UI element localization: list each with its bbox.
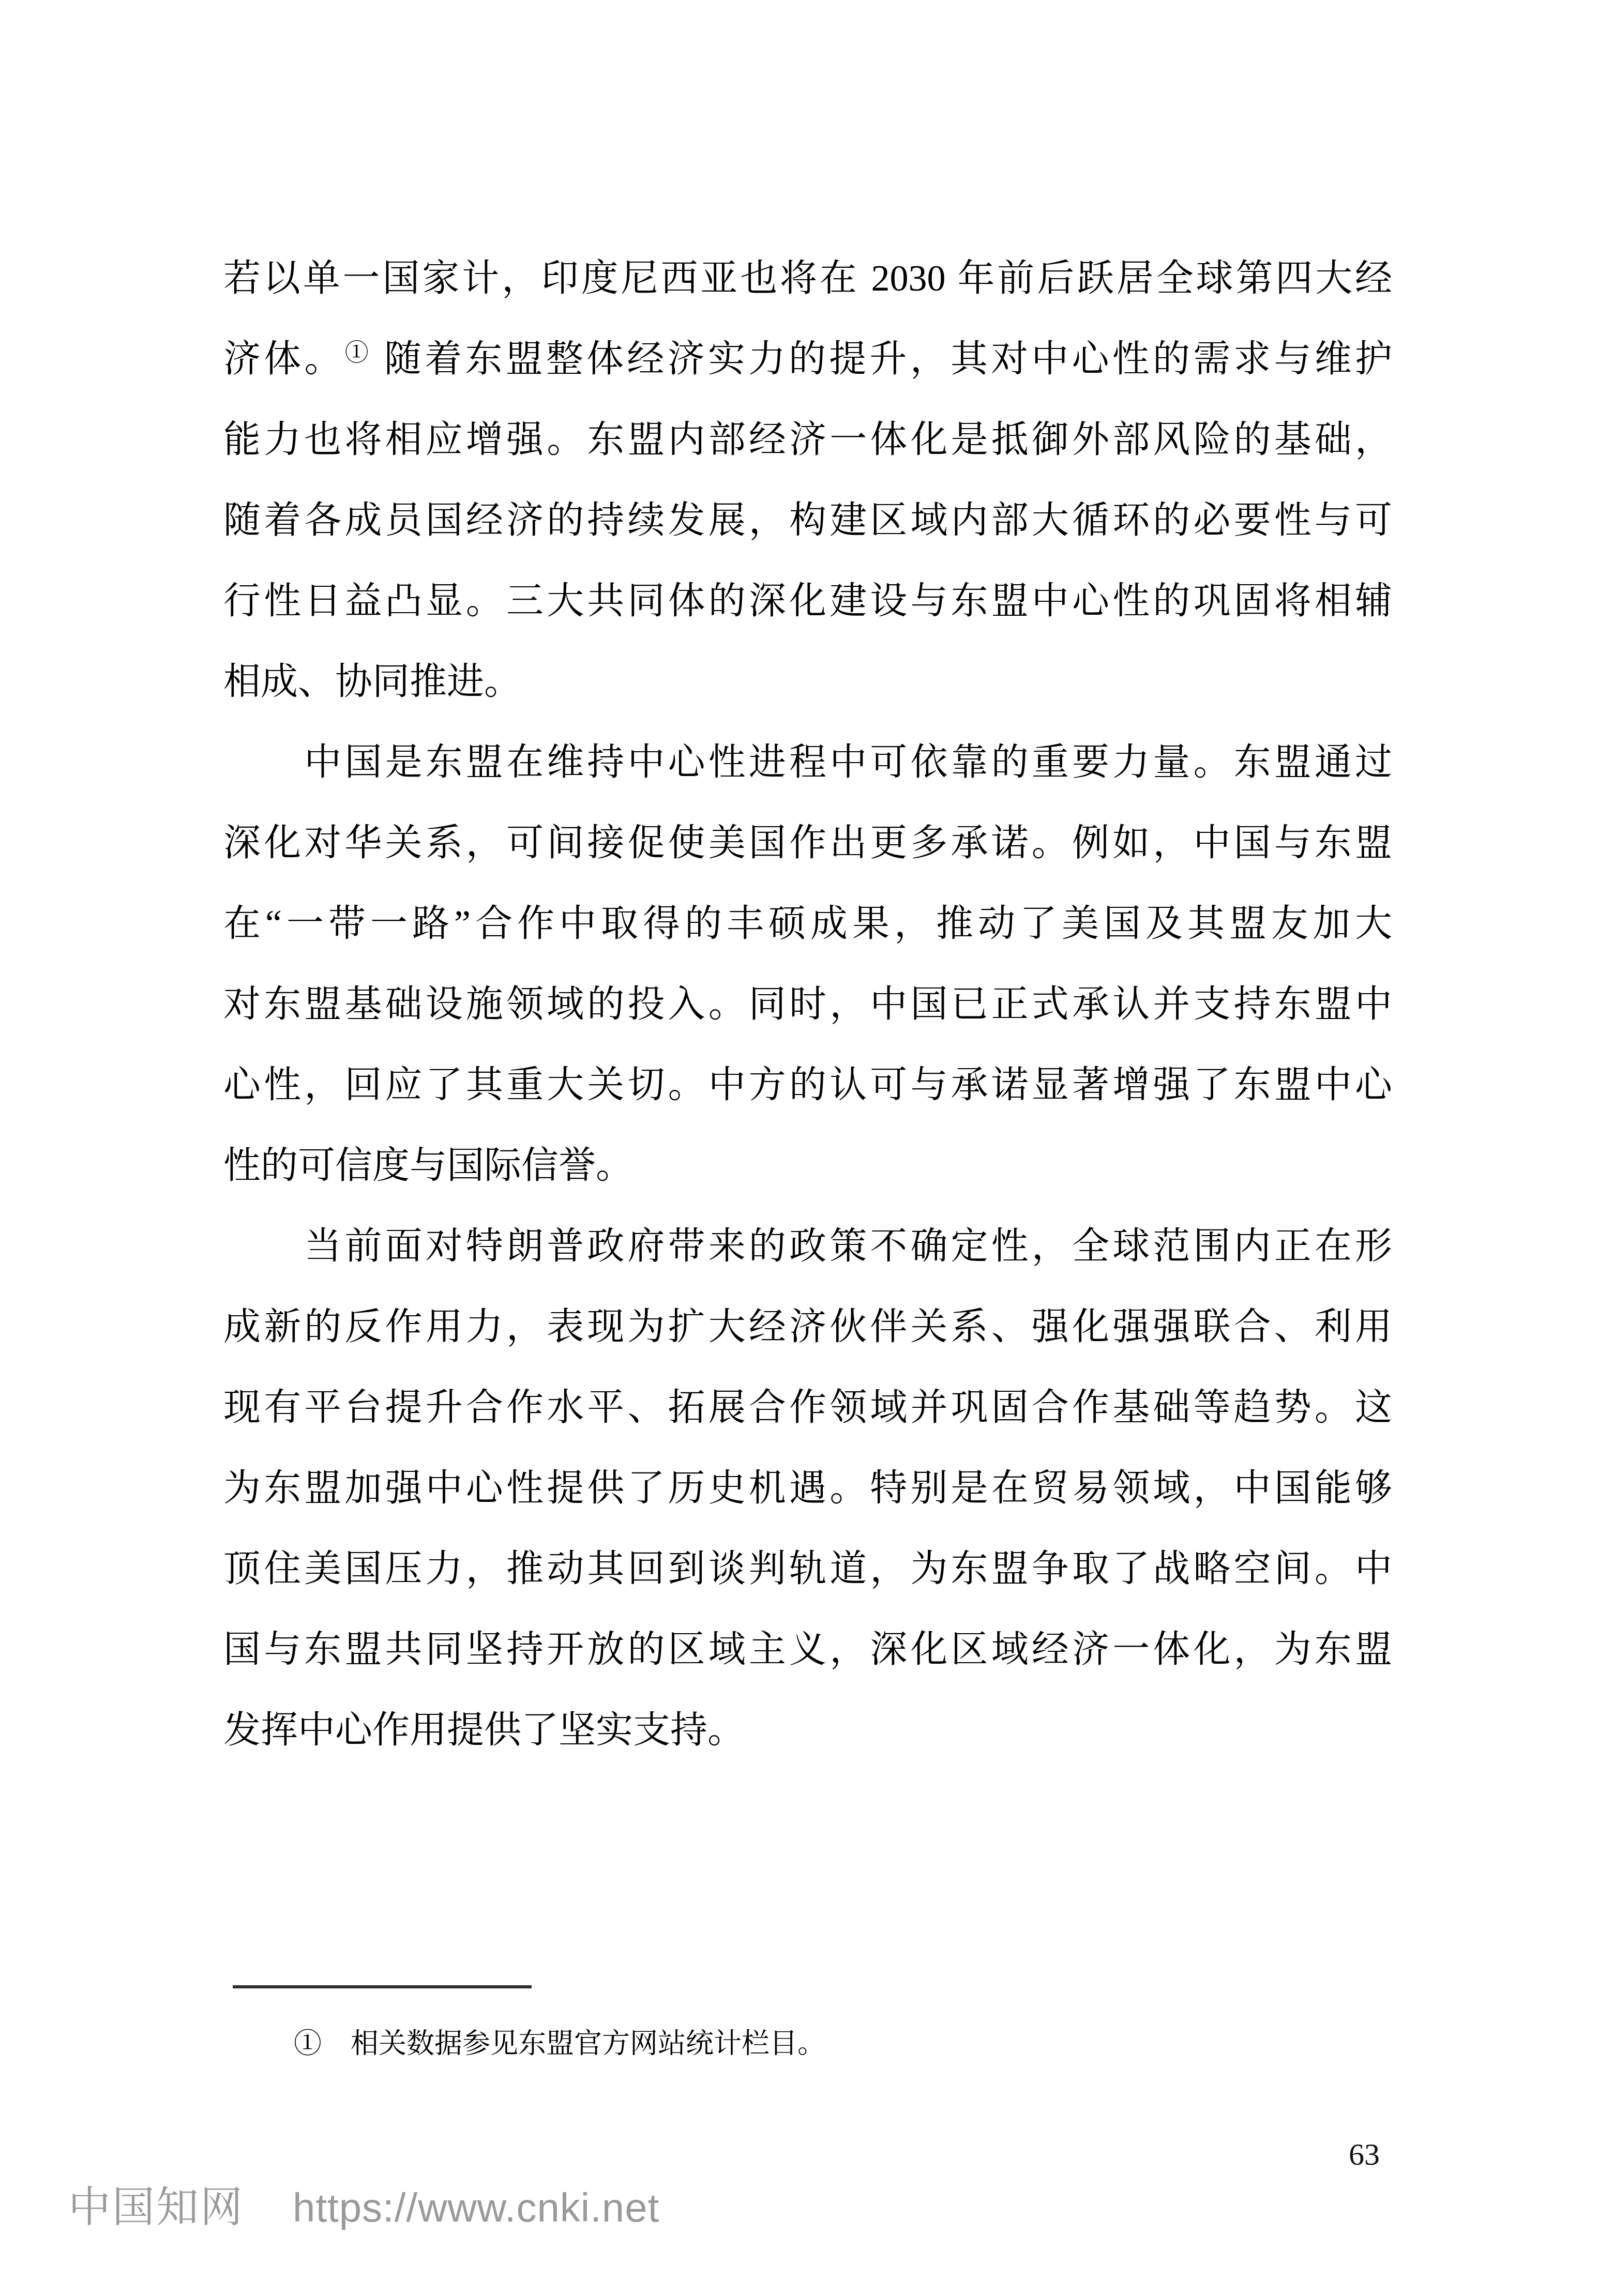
body-line: 国与东盟共同坚持开放的区域主义，深化区域经济一体化，为东盟 (223, 1609, 1392, 1690)
footnote-marker: ① (294, 2028, 322, 2059)
body-line: 为东盟加强中心性提供了历史机遇。特别是在贸易领域，中国能够 (223, 1448, 1392, 1528)
text-segment: 在“一带一路”合作中取得的丰硕成果，推动了美国及其盟友加大 (223, 903, 1392, 944)
text-segment: 成新的反作用力，表现为扩大经济伙伴关系、强化强强联合、利用 (223, 1306, 1392, 1347)
cnki-logo-text: 中国知网 (68, 2183, 244, 2232)
body-line: 顶住美国压力，推动其回到谈判轨道，为东盟争取了战略空间。中 (223, 1528, 1392, 1609)
body-line: 能力也将相应增强。东盟内部经济一体化是抵御外部风险的基础， (223, 399, 1392, 480)
cnki-url: https://www.cnki.net (293, 2183, 659, 2232)
body-line: 济体。① 随着东盟整体经济实力的提升，其对中心性的需求与维护 (223, 318, 1392, 399)
text-segment: 国与东盟共同坚持开放的区域主义，深化区域经济一体化，为东盟 (223, 1629, 1392, 1670)
text-segment: 行性日益凸显。三大共同体的深化建设与东盟中心性的巩固将相辅 (223, 580, 1392, 621)
paragraph: 当前面对特朗普政府带来的政策不确定性，全球范围内正在形成新的反作用力，表现为扩大… (223, 1206, 1392, 1770)
page-number: 63 (1349, 2138, 1380, 2170)
footnote-text: 相关数据参见东盟官方网站统计栏目。 (351, 2028, 825, 2059)
body-line: 对东盟基础设施领域的投入。同时，中国已正式承认并支持东盟中 (223, 964, 1392, 1044)
footnote: ①相关数据参见东盟官方网站统计栏目。 (223, 2023, 1392, 2065)
document-page: 若以单一国家计，印度尼西亚也将在 2030 年前后跃居全球第四大经济体。① 随着… (0, 0, 1613, 2296)
body-line: 心性，回应了其重大关切。中方的认可与承诺显著增强了东盟中心 (223, 1044, 1392, 1125)
body-line: 若以单一国家计，印度尼西亚也将在 2030 年前后跃居全球第四大经 (223, 238, 1392, 318)
body-line: 现有平台提升合作水平、拓展合作领域并巩固合作基础等趋势。这 (223, 1367, 1392, 1448)
cnki-footer: 中国知网 https://www.cnki.net (68, 2183, 659, 2232)
footnote-ref: ① (345, 339, 372, 366)
text-segment: 相成、协同推进。 (223, 661, 521, 702)
text-segment: 心性，回应了其重大关切。中方的认可与承诺显著增强了东盟中心 (223, 1064, 1392, 1105)
body-line: 随着各成员国经济的持续发展，构建区域内部大循环的必要性与可 (223, 480, 1392, 560)
body-line: 发挥中心作用提供了坚实支持。 (223, 1690, 1392, 1770)
body-line: 当前面对特朗普政府带来的政策不确定性，全球范围内正在形 (223, 1206, 1392, 1286)
text-segment: 顶住美国压力，推动其回到谈判轨道，为东盟争取了战略空间。中 (223, 1548, 1392, 1589)
body-line: 成新的反作用力，表现为扩大经济伙伴关系、强化强强联合、利用 (223, 1286, 1392, 1367)
body-text: 若以单一国家计，印度尼西亚也将在 2030 年前后跃居全球第四大经济体。① 随着… (223, 238, 1392, 1770)
text-segment: 当前面对特朗普政府带来的政策不确定性，全球范围内正在形 (223, 1225, 1392, 1267)
text-segment: 能力也将相应增强。东盟内部经济一体化是抵御外部风险的基础， (223, 419, 1392, 460)
paragraph: 若以单一国家计，印度尼西亚也将在 2030 年前后跃居全球第四大经济体。① 随着… (223, 238, 1392, 722)
body-line: 行性日益凸显。三大共同体的深化建设与东盟中心性的巩固将相辅 (223, 560, 1392, 641)
text-segment: 中国是东盟在维持中心性进程中可依靠的重要力量。东盟通过 (223, 741, 1392, 783)
text-segment: 现有平台提升合作水平、拓展合作领域并巩固合作基础等趋势。这 (223, 1387, 1392, 1428)
text-segment: 为东盟加强中心性提供了历史机遇。特别是在贸易领域，中国能够 (223, 1467, 1392, 1509)
text-segment: 济体。 (223, 338, 345, 379)
body-line: 深化对华关系，可间接促使美国作出更多承诺。例如，中国与东盟 (223, 802, 1392, 883)
body-line: 性的可信度与国际信誉。 (223, 1125, 1392, 1206)
text-segment: 发挥中心作用提供了坚实支持。 (223, 1709, 745, 1751)
text-segment: 随着东盟整体经济实力的提升，其对中心性的需求与维护 (372, 338, 1392, 379)
text-segment: 若以单一国家计，印度尼西亚也将在 2030 年前后跃居全球第四大经 (223, 257, 1392, 299)
text-segment: 随着各成员国经济的持续发展，构建区域内部大循环的必要性与可 (223, 499, 1392, 541)
body-line: 相成、协同推进。 (223, 641, 1392, 722)
body-line: 在“一带一路”合作中取得的丰硕成果，推动了美国及其盟友加大 (223, 883, 1392, 964)
body-line: 中国是东盟在维持中心性进程中可依靠的重要力量。东盟通过 (223, 722, 1392, 802)
footnote-divider (233, 1985, 532, 1988)
text-segment: 性的可信度与国际信誉。 (223, 1145, 633, 1186)
text-segment: 深化对华关系，可间接促使美国作出更多承诺。例如，中国与东盟 (223, 822, 1392, 863)
text-segment: 对东盟基础设施领域的投入。同时，中国已正式承认并支持东盟中 (223, 983, 1392, 1025)
paragraph: 中国是东盟在维持中心性进程中可依靠的重要力量。东盟通过深化对华关系，可间接促使美… (223, 722, 1392, 1206)
